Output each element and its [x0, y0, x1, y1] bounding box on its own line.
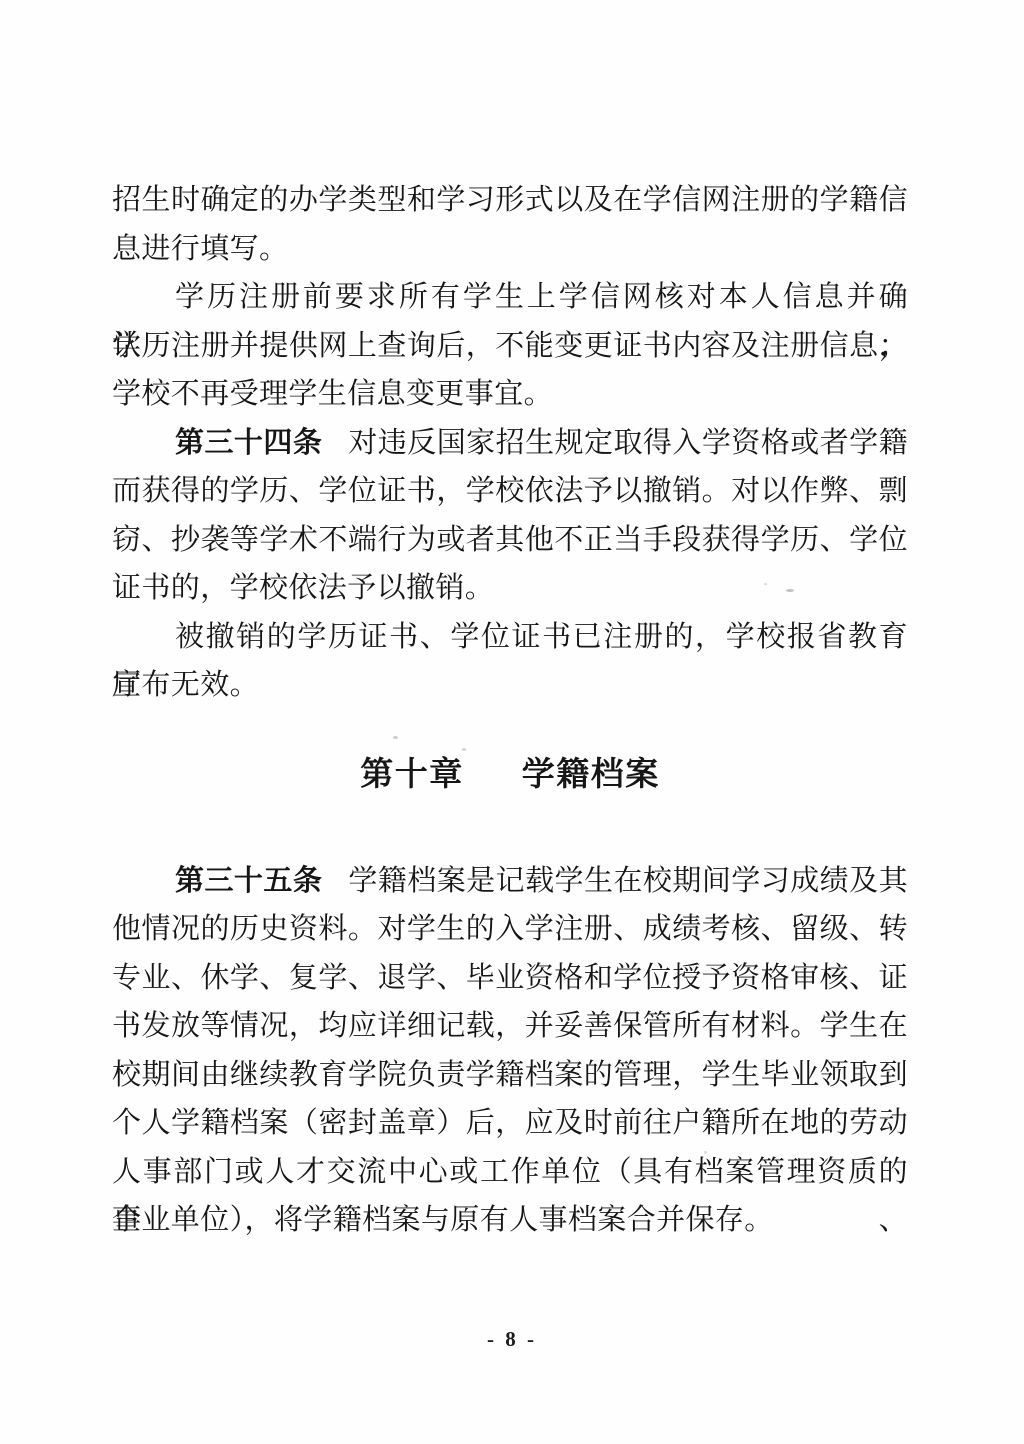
- paragraph-block-top: 招生时确定的办学类型和学习形式以及在学信网注册的学籍信息进行填写。学历注册前要求…: [112, 176, 908, 710]
- line-text: 息进行填写。: [112, 233, 288, 265]
- text-line: 第三十四条对违反国家招生规定取得入学资格或者学籍: [112, 419, 908, 468]
- text-line: 窃、抄袭等学术不端行为或者其他不正当手段获得学历、学位: [112, 516, 908, 565]
- scan-artifact: [462, 748, 466, 751]
- scan-artifact: [786, 589, 794, 592]
- line-text: 而获得的学历、学位证书，学校依法予以撤销。对以作弊、剽: [112, 475, 908, 507]
- line-text: 招生时确定的办学类型和学习形式以及在学信网注册的学籍信: [112, 184, 908, 216]
- text-line: 而获得的学历、学位证书，学校依法予以撤销。对以作弊、剽: [112, 467, 908, 516]
- scanned-document-page: 招生时确定的办学类型和学习形式以及在学信网注册的学籍信息进行填写。学历注册前要求…: [0, 0, 1024, 1444]
- article-number: 第三十五条: [175, 865, 322, 897]
- line-text: 校期间由继续教育学院负责学籍档案的管理，学生毕业领取到: [112, 1059, 908, 1091]
- line-text: 学籍档案是记载学生在校期间学习成绩及其: [348, 865, 908, 897]
- text-line: 他情况的历史资料。对学生的入学注册、成绩考核、留级、转: [112, 905, 908, 954]
- line-text: 窃、抄袭等学术不端行为或者其他不正当手段获得学历、学位: [112, 524, 908, 556]
- text-line: 息进行填写。: [112, 225, 908, 274]
- line-text: 对违反国家招生规定取得入学资格或者学籍: [348, 427, 908, 459]
- text-line: 学校不再受理学生信息变更事宜。: [112, 370, 908, 419]
- scan-artifact: [764, 583, 767, 585]
- line-text: 证书的，学校依法予以撤销。: [112, 572, 494, 604]
- scan-artifact: [704, 1151, 707, 1154]
- chapter-heading: 第十章学籍档案: [112, 750, 908, 798]
- text-line: 学历注册并提供网上查询后，不能变更证书内容及注册信息，: [112, 322, 908, 371]
- text-line: 专业、休学、复学、退学、毕业资格和学位授予资格审核、证: [112, 954, 908, 1003]
- document-body: 招生时确定的办学类型和学习形式以及在学信网注册的学籍信息进行填写。学历注册前要求…: [112, 176, 908, 1245]
- text-line: 宣布无效。: [112, 661, 908, 710]
- text-line: 学历注册前要求所有学生上学信网核对本人信息并确认；: [112, 273, 908, 322]
- line-text: 宣布无效。: [112, 669, 259, 701]
- text-line: 被撤销的学历证书、学位证书已注册的，学校报省教育厅: [112, 613, 908, 662]
- text-line: 个人学籍档案（密封盖章）后，应及时前往户籍所在地的劳动: [112, 1099, 908, 1148]
- text-line: 第三十五条学籍档案是记载学生在校期间学习成绩及其: [112, 857, 908, 906]
- line-text: 书发放等情况，均应详细记载，并妥善保管所有材料。学生在: [112, 1010, 908, 1042]
- line-text: 他情况的历史资料。对学生的入学注册、成绩考核、留级、转: [112, 913, 908, 945]
- article-number: 第三十四条: [175, 427, 322, 459]
- page-number: - 8 -: [0, 1327, 1024, 1352]
- scan-artifact: [393, 736, 398, 739]
- text-line: 招生时确定的办学类型和学习形式以及在学信网注册的学籍信: [112, 176, 908, 225]
- line-text: 个人学籍档案（密封盖章）后，应及时前往户籍所在地的劳动: [112, 1107, 908, 1139]
- text-line: 人事部门或人才交流中心或工作单位（具有档案管理资质的企、: [112, 1148, 908, 1197]
- chapter-title: 学籍档案: [522, 755, 660, 792]
- line-text: 学历注册并提供网上查询后，不能变更证书内容及注册信息，: [112, 330, 908, 362]
- line-text: 事业单位），将学籍档案与原有人事档案合并保存。: [112, 1204, 774, 1236]
- line-text: 学校不再受理学生信息变更事宜。: [112, 378, 553, 410]
- paragraph-block-bottom: 第三十五条学籍档案是记载学生在校期间学习成绩及其他情况的历史资料。对学生的入学注…: [112, 857, 908, 1245]
- line-text: 专业、休学、复学、退学、毕业资格和学位授予资格审核、证: [112, 962, 908, 994]
- text-line: 书发放等情况，均应详细记载，并妥善保管所有材料。学生在: [112, 1002, 908, 1051]
- chapter-number: 第十章: [360, 755, 464, 792]
- text-line: 校期间由继续教育学院负责学籍档案的管理，学生毕业领取到: [112, 1051, 908, 1100]
